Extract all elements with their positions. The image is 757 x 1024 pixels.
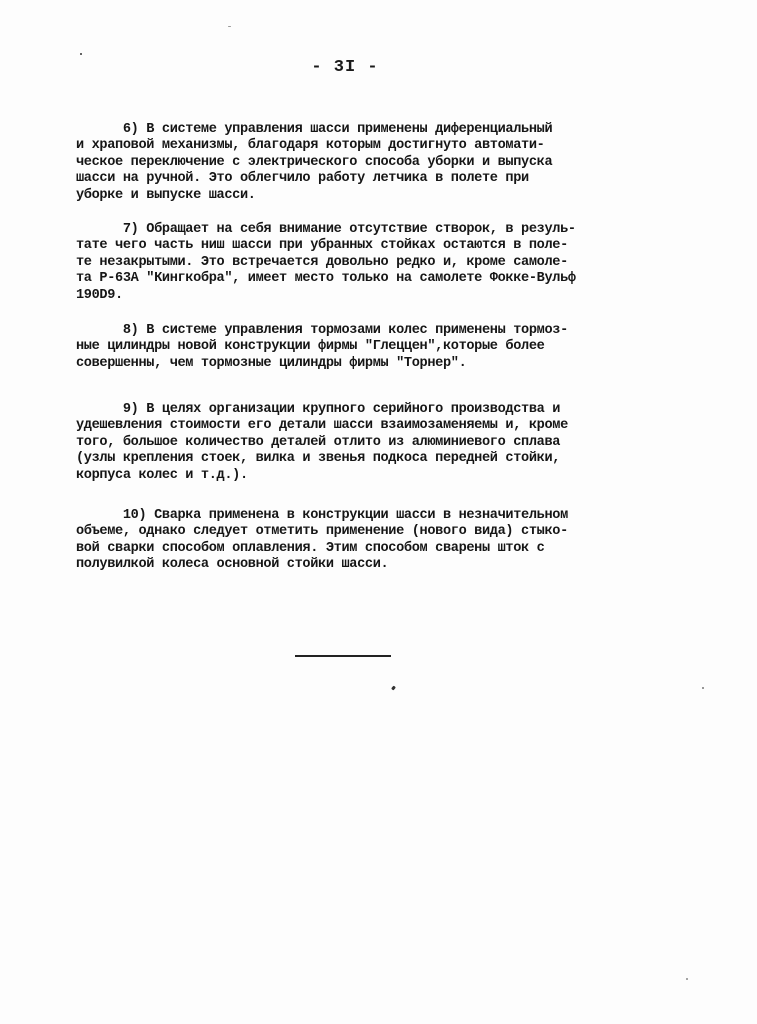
page-number: - 3I -: [0, 58, 690, 77]
text-line: и храповой механизмы, благодаря которым …: [76, 138, 552, 154]
text-line: ческое переключение с электрического спо…: [76, 155, 552, 171]
paragraph-7: 7) Обращает на себя внимание отсутствие …: [76, 222, 576, 304]
paragraph-6: 6) В системе управления шасси применены …: [76, 122, 552, 204]
text-line: 190D9.: [76, 288, 576, 304]
end-rule-divider: [295, 655, 391, 657]
scan-speck: [228, 26, 231, 27]
text-line: вой сварки способом оплавления. Этим спо…: [76, 541, 568, 557]
text-line: те незакрытыми. Это встречается довольно…: [76, 255, 576, 271]
text-line: тате чего часть ниш шасси при убранных с…: [76, 238, 576, 254]
text-line: 9) В целях организации крупного серийног…: [76, 402, 568, 418]
text-line: 8) В системе управления тормозами колес …: [76, 323, 568, 339]
text-line: объеме, однако следует отметить применен…: [76, 524, 568, 540]
text-line: совершенны, чем тормозные цилиндры фирмы…: [76, 356, 568, 372]
text-line: та Р-63А "Кингкобра", имеет место только…: [76, 271, 576, 287]
document-page: - 3I - 6) В системе управления шасси при…: [0, 0, 757, 1024]
paragraph-8: 8) В системе управления тормозами колес …: [76, 323, 568, 372]
text-line: корпуса колес и т.д.).: [76, 468, 568, 484]
text-line: того, большое количество деталей отлито …: [76, 435, 568, 451]
text-line: полувилкой колеса основной стойки шасси.: [76, 557, 568, 573]
text-line: удешевления стоимости его детали шасси в…: [76, 418, 568, 434]
text-line: ные цилиндры новой конструкции фирмы "Гл…: [76, 339, 568, 355]
scan-speck: [391, 686, 396, 691]
text-line: уборке и выпуске шасси.: [76, 188, 552, 204]
text-line: шасси на ручной. Это облегчило работу ле…: [76, 171, 552, 187]
paragraph-10: 10) Сварка применена в конструкции шасси…: [76, 508, 568, 574]
scan-speck: [702, 687, 704, 689]
text-line: 6) В системе управления шасси применены …: [76, 122, 552, 138]
scan-speck: [80, 53, 82, 55]
scan-speck: [686, 978, 688, 980]
paragraph-9: 9) В целях организации крупного серийног…: [76, 402, 568, 484]
text-line: 7) Обращает на себя внимание отсутствие …: [76, 222, 576, 238]
text-line: (узлы крепления стоек, вилка и звенья по…: [76, 451, 568, 467]
text-line: 10) Сварка применена в конструкции шасси…: [76, 508, 568, 524]
